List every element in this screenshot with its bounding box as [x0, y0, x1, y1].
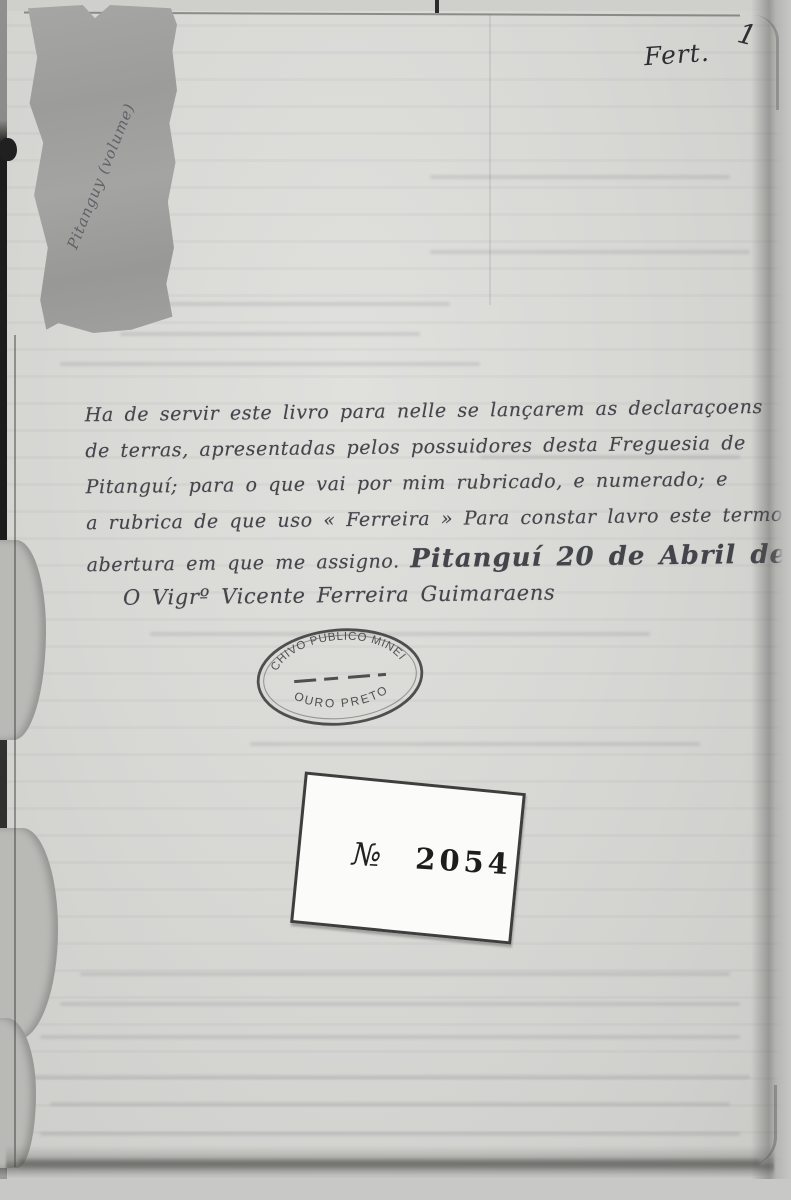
scan-background-below-page: [0, 1179, 791, 1200]
archive-stamp-svg: ARCHIVO PUBLICO MINEIRO OURO PRETO: [250, 619, 429, 734]
bottom-edge-line: [20, 1160, 760, 1166]
ghost-line: [30, 1075, 750, 1079]
ghost-line: [40, 1132, 740, 1136]
ghost-line: [120, 332, 420, 336]
numero-sign: №: [351, 836, 383, 874]
ink-blot: [0, 138, 17, 161]
document-scan: Pitanguy (volume) 1 Fert. Ha de servir e…: [0, 0, 791, 1200]
closing-date: Pitanguí 20 de Abril de 1856: [410, 539, 791, 575]
ghost-line: [60, 1002, 740, 1006]
number-label: № 2054: [290, 772, 526, 945]
manuscript-text-block: Ha de servir este livro para nelle se la…: [85, 396, 783, 626]
manuscript-closing-line: abertura em que me assigno. Pitanguí 20 …: [86, 540, 781, 584]
rounded-corner-top-right: [742, 15, 779, 110]
label-number-value: 2054: [414, 841, 513, 881]
ghost-line: [430, 250, 750, 254]
closing-text: abertura em que me assigno.: [87, 550, 400, 576]
stamp-arc-bottom-text: OURO PRETO: [291, 682, 392, 714]
stamp-divider-dashes: [294, 674, 386, 681]
spine-tape-patch: Pitanguy (volume): [25, 5, 177, 333]
vertical-crease: [489, 15, 491, 305]
vicar-signature: O Vigrº Vicente Ferreira Guimaraens: [123, 578, 782, 626]
spine-note-handwriting: Pitanguy (volume): [63, 100, 138, 251]
number-label-row: № 2054: [299, 833, 513, 882]
ghost-line: [80, 972, 730, 976]
ghost-line: [60, 362, 480, 366]
ghost-line: [50, 1102, 730, 1106]
ghost-line: [250, 742, 700, 746]
ghost-line: [40, 1035, 740, 1039]
archive-stamp: ARCHIVO PUBLICO MINEIRO OURO PRETO: [250, 619, 429, 734]
top-tick-mark: [435, 0, 439, 13]
page-right-edge-shadow: [751, 0, 791, 1200]
ghost-line: [430, 175, 730, 179]
folio-rubric-signature: Fert.: [643, 38, 711, 72]
spine-crease-line: [14, 335, 16, 1167]
